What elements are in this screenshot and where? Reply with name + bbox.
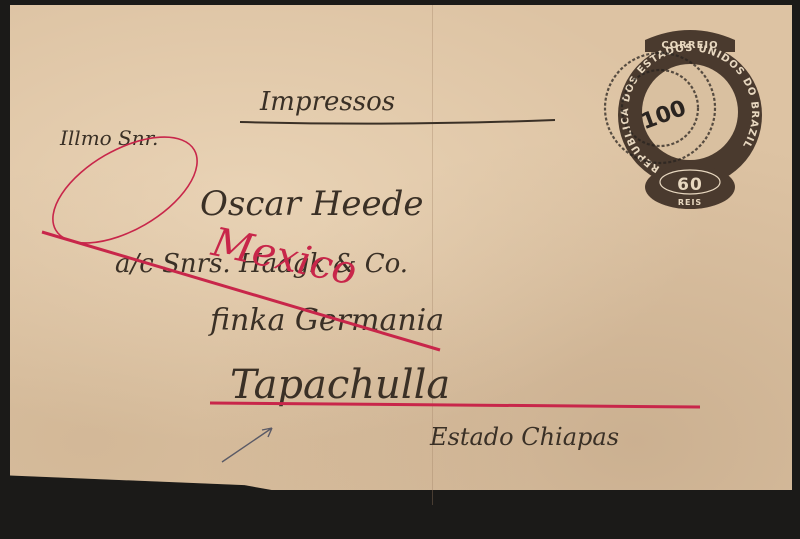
recipient-name: Oscar Heede: [200, 184, 423, 224]
salutation: Illmo Snr.: [59, 126, 158, 150]
red-mexico-label: Mexico: [207, 219, 361, 295]
stamp-unit: REIS: [678, 198, 702, 207]
heading-impressos: Impressos: [259, 87, 395, 117]
estate-line: finka Germania: [208, 303, 444, 338]
city-line: Tapachulla: [230, 362, 450, 408]
envelope-markings: CORREIO REPUBLICA DOS ESTADOS UNIDOS DO …: [0, 0, 800, 539]
state-line: Estado Chiapas: [429, 423, 619, 451]
stamp-value: 60: [677, 175, 703, 195]
pencil-arrow-icon: [222, 428, 272, 462]
